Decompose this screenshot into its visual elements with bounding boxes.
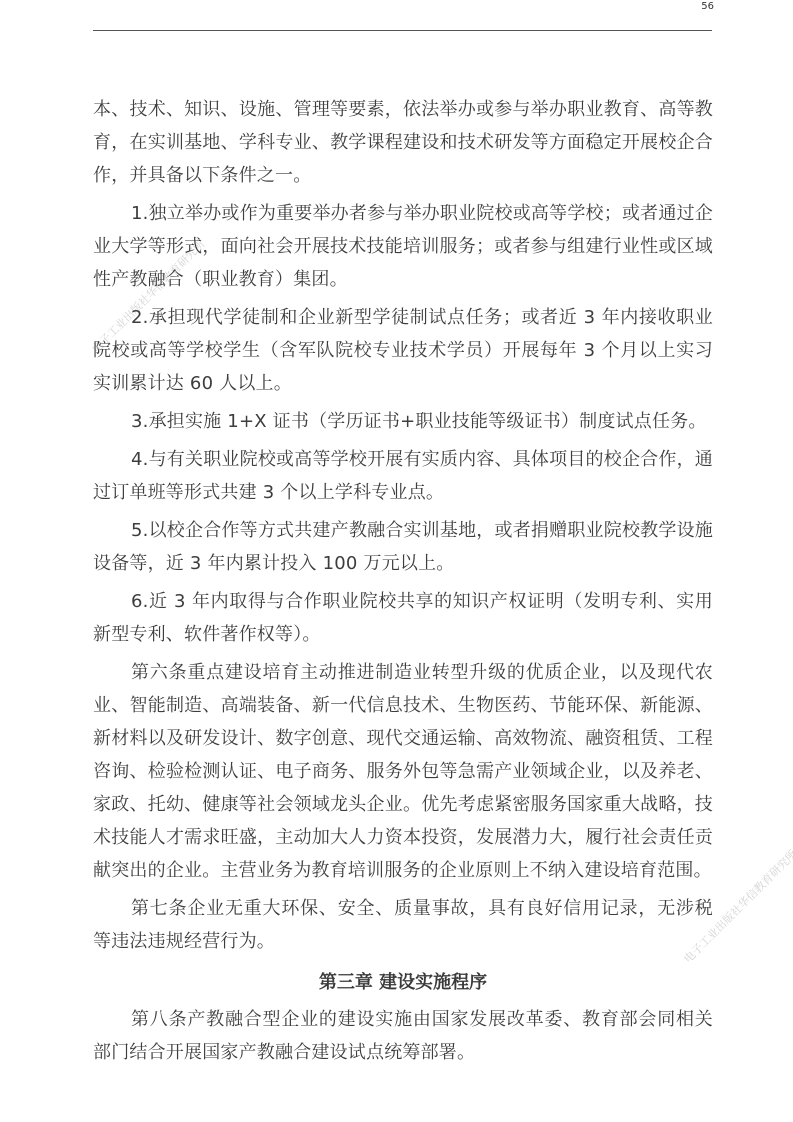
paragraph: 第六条重点建设培育主动推进制造业转型升级的优质企业，以及现代农业、智能制造、高端… [93, 656, 713, 887]
paragraph: 5.以校企合作等方式共建产教融合实训基地，或者捐赠职业院校教学设施设备等，近 3… [93, 514, 713, 580]
paragraph: 第七条企业无重大环保、安全、质量事故，具有良好信用记录，无涉税等违法违规经营行为… [93, 892, 713, 958]
paragraph: 本、技术、知识、设施、管理等要素，依法举办或参与举办职业教育、高等教育，在实训基… [93, 93, 713, 192]
paragraph: 3.承担实施 1+X 证书（学历证书+职业技能等级证书）制度试点任务。 [93, 405, 713, 438]
paragraph: 4.与有关职业院校或高等学校开展有实质内容、具体项目的校企合作，通过订单班等形式… [93, 443, 713, 509]
paragraph: 2.承担现代学徒制和企业新型学徒制试点任务；或者近 3 年内接收职业院校或高等学… [93, 301, 713, 400]
page-number: 56 [690, 1, 714, 12]
paragraph: 1.独立举办或作为重要举办者参与举办职业院校或高等学校；或者通过企业大学等形式，… [93, 197, 713, 296]
chapter-title: 第三章 建设实施程序 [93, 966, 713, 999]
paragraph: 第八条产教融合型企业的建设实施由国家发展改革委、教育部会同相关部门结合开展国家产… [93, 1003, 713, 1069]
document-body: 本、技术、知识、设施、管理等要素，依法举办或参与举办职业教育、高等教育，在实训基… [93, 93, 713, 1069]
paragraph: 6.近 3 年内取得与合作职业院校共享的知识产权证明（发明专利、实用新型专利、软… [93, 585, 713, 651]
header-rule [93, 30, 712, 31]
